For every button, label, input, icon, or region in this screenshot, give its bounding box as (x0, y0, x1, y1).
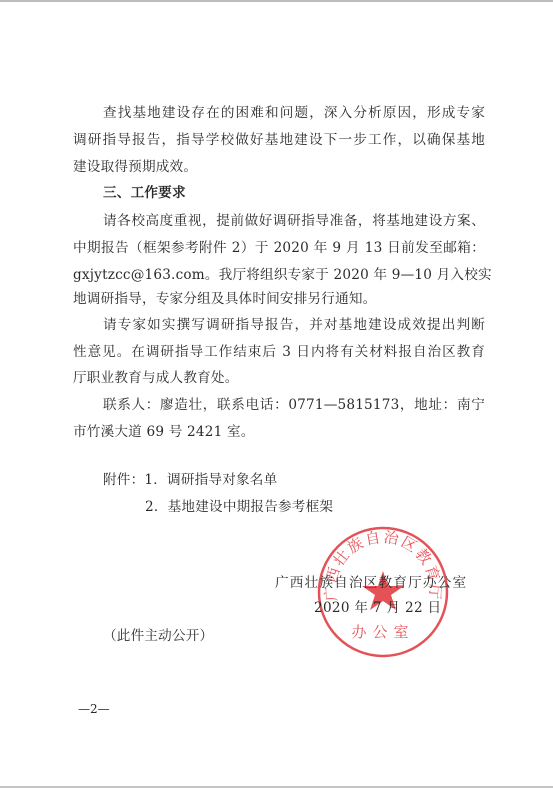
attachments-label: 附件： (103, 472, 144, 488)
attachments-list: 附件：1．调研指导对象名单 (103, 471, 363, 489)
page-top-edge (0, 0, 553, 2)
paragraph-line: 性意见。在调研指导工作结束后 3 日内将有关材料报自治区教育 (73, 343, 485, 361)
paragraph-line: gxjytzcc@163.com。我厅将组织专家于 2020 年 9—10 月入… (73, 266, 485, 284)
issue-date: 2020 年 7 月 22 日 (314, 599, 441, 617)
contact-line: 联系人：廖造壮，联系电话：0771—5815173，地址：南宁 (103, 396, 485, 414)
paragraph-line: 建设取得预期成效。 (73, 158, 485, 176)
section-heading: 三、工作要求 (103, 184, 485, 202)
disclosure-note: （此件主动公开） (103, 627, 263, 645)
attachment-item: 1．调研指导对象名单 (144, 472, 277, 488)
paragraph-line: 地调研指导，专家分组及具体时间安排另行通知。 (73, 290, 485, 308)
paragraph-line: 厅职业教育与成人教育处。 (73, 369, 485, 387)
contact-line: 市竹溪大道 69 号 2421 室。 (73, 423, 485, 441)
paragraph-line: 查找基地建设存在的困难和问题，深入分析原因，形成专家 (103, 104, 485, 122)
paragraph-line: 调研指导报告，指导学校做好基地建设下一步工作，以确保基地 (73, 131, 485, 149)
attachment-item: 2．基地建设中期报告参考框架 (145, 498, 385, 516)
page-number: —2— (78, 701, 110, 717)
paragraph-line: 请各校高度重视，提前做好调研指导准备，将基地建设方案、 (103, 212, 485, 230)
official-seal-stamp: 广西壮族自治区教育厅 办公室 (316, 525, 450, 659)
svg-text:办公室: 办公室 (351, 623, 414, 641)
issuer-name: 广西壮族自治区教育厅办公室 (275, 574, 467, 592)
paragraph-line: 请专家如实撰写调研指导报告，并对基地建设成效提出判断 (103, 316, 485, 334)
paragraph-line: 中期报告（框架参考附件 2）于 2020 年 9 月 13 日前发至邮箱： (73, 239, 485, 257)
